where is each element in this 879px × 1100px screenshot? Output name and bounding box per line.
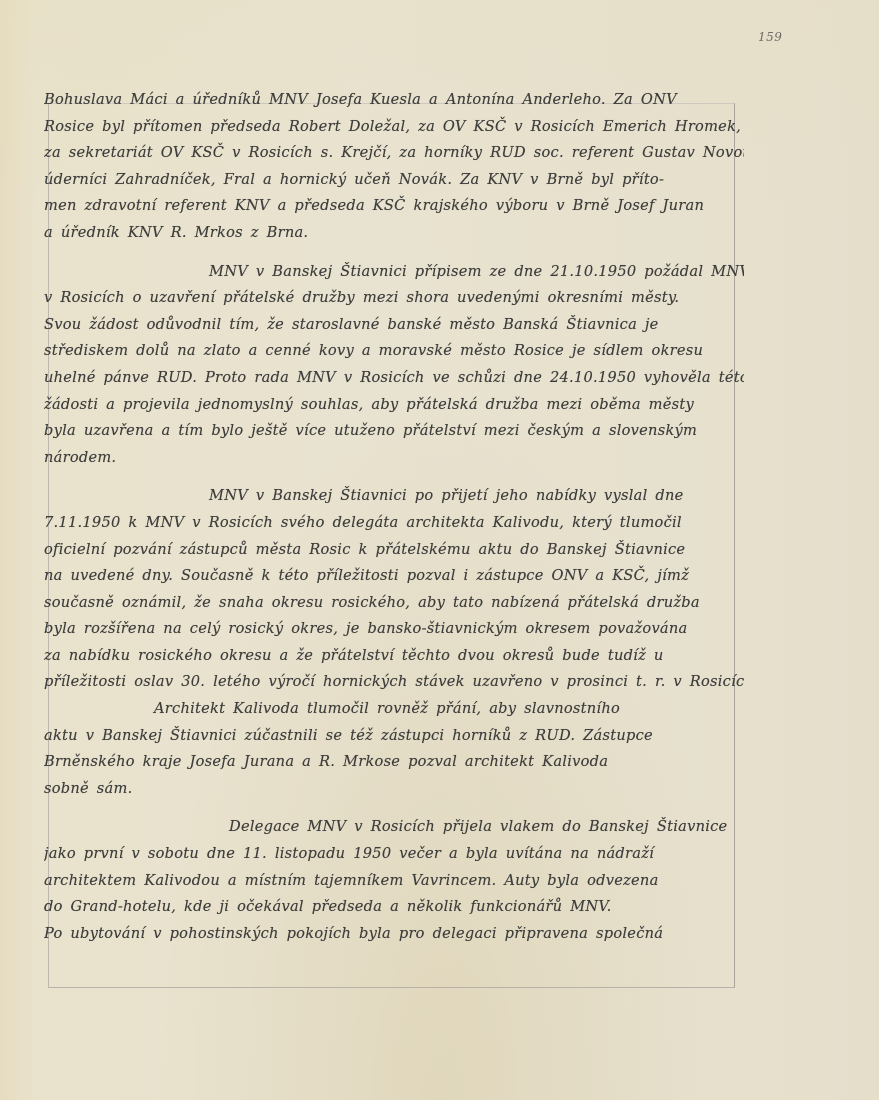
text-line: sobně sám. xyxy=(44,776,744,803)
text-line: současně oznámil, že snaha okresu rosick… xyxy=(44,590,744,617)
text-line: MNV v Banskej Štiavnici přípisem ze dne … xyxy=(44,259,744,286)
text-line: Brněnského kraje Josefa Jurana a R. Mrko… xyxy=(44,749,744,776)
text-line: na uvedené dny. Současně k této příležit… xyxy=(44,563,744,590)
text-line: úderníci Zahradníček, Fral a hornický uč… xyxy=(44,167,744,194)
text-line: střediskem dolů na zlato a cenné kovy a … xyxy=(44,338,744,365)
text-line: do Grand-hotelu, kde ji očekával předsed… xyxy=(44,894,744,921)
paragraph-miners-invitation: Architekt Kalivoda tlumočil rovněž přání… xyxy=(44,696,744,802)
text-line: Delegace MNV v Rosicích přijela vlakem d… xyxy=(44,814,744,841)
text-line: jako první v sobotu dne 11. listopadu 19… xyxy=(44,841,744,868)
text-line: národem. xyxy=(44,445,744,472)
text-line: byla rozšířena na celý rosický okres, je… xyxy=(44,616,744,643)
text-line: a úředník KNV R. Mrkos z Brna. xyxy=(44,220,744,247)
paragraph-delegation-arrival: Delegace MNV v Rosicích přijela vlakem d… xyxy=(44,814,744,947)
paragraph-gap xyxy=(44,247,744,259)
text-line: men zdravotní referent KNV a předseda KS… xyxy=(44,193,744,220)
text-line: 7.11.1950 k MNV v Rosicích svého delegát… xyxy=(44,510,744,537)
text-line: Rosice byl přítomen předseda Robert Dole… xyxy=(44,114,744,141)
page-number: 159 xyxy=(758,30,782,44)
paragraph-gap xyxy=(44,471,744,483)
text-line: Architekt Kalivoda tlumočil rovněž přání… xyxy=(44,696,744,723)
text-line: Bohuslava Máci a úředníků MNV Josefa Kue… xyxy=(44,87,744,114)
paragraph-delegate-visit: MNV v Banskej Štiavnici po přijetí jeho … xyxy=(44,483,744,696)
text-line: oficielní pozvání zástupců města Rosic k… xyxy=(44,537,744,564)
text-line: uhelné pánve RUD. Proto rada MNV v Rosic… xyxy=(44,365,744,392)
text-line: MNV v Banskej Štiavnici po přijetí jeho … xyxy=(44,483,744,510)
handwritten-text-body: Bohuslava Máci a úředníků MNV Josefa Kue… xyxy=(44,87,744,947)
paragraph-friendship-request: MNV v Banskej Štiavnici přípisem ze dne … xyxy=(44,259,744,472)
text-line: příležitosti oslav 30. letého výročí hor… xyxy=(44,669,744,696)
text-line: Svou žádost odůvodnil tím, že staroslavn… xyxy=(44,312,744,339)
text-line: aktu v Banskej Štiavnici zúčastnili se t… xyxy=(44,723,744,750)
text-line: byla uzavřena a tím bylo ještě více utuž… xyxy=(44,418,744,445)
text-line: za nabídku rosického okresu a že přátels… xyxy=(44,643,744,670)
text-line: architektem Kalivodou a místním tajemník… xyxy=(44,868,744,895)
text-line: za sekretariát OV KSČ v Rosicích s. Krej… xyxy=(44,140,744,167)
paragraph-attendees: Bohuslava Máci a úředníků MNV Josefa Kue… xyxy=(44,87,744,247)
text-line: Po ubytování v pohostinských pokojích by… xyxy=(44,921,744,948)
text-line: žádosti a projevila jednomyslný souhlas,… xyxy=(44,392,744,419)
paragraph-gap xyxy=(44,802,744,814)
text-line: v Rosicích o uzavření přátelské družby m… xyxy=(44,285,744,312)
